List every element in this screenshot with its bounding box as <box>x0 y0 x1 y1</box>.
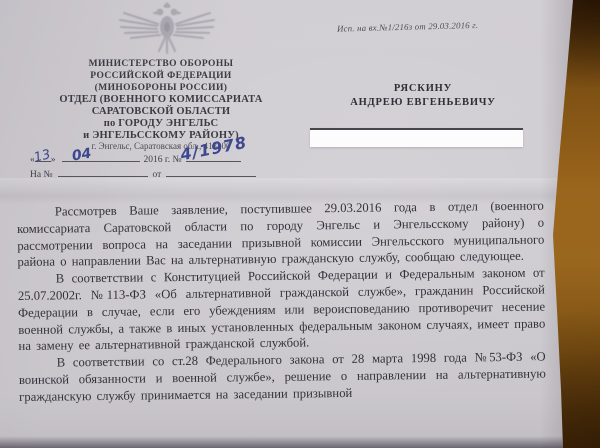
handwritten-month: 04 <box>71 145 93 164</box>
org-address: г. Энгельс, Саратовская обл., 413100 <box>28 141 294 151</box>
letterhead-line: МИНИСТЕРСТВО ОБОРОНЫ <box>28 58 294 70</box>
letterhead-line: по ГОРОДУ ЭНГЕЛЬС <box>28 118 294 130</box>
ref-date-blank <box>166 167 256 177</box>
document-photo: МИНИСТЕРСТВО ОБОРОНЫ РОССИЙСКОЙ ФЕДЕРАЦИ… <box>0 0 600 448</box>
body-paragraph: В соответствии с Конституцией Российской… <box>18 265 546 355</box>
body-paragraph: В соответствии со ст.28 Федерального зак… <box>19 349 547 406</box>
paper-crease <box>0 178 600 204</box>
body-paragraph: Рассмотрев Ваше заявление, поступившее 2… <box>17 198 545 272</box>
executor-note: Исп. на вх.№1/216з от 29.03.2016 г. <box>337 18 537 33</box>
letterhead-line: (МИНОБОРОНЫ РОССИИ) <box>28 82 294 94</box>
paper-bottom-shadow <box>0 436 600 448</box>
year-label: 2016 г. № <box>144 155 182 165</box>
letterhead: МИНИСТЕРСТВО ОБОРОНЫ РОССИЙСКОЙ ФЕДЕРАЦИ… <box>28 58 294 142</box>
ref-no-blank <box>58 167 148 177</box>
redaction-bar <box>310 128 523 147</box>
double-headed-eagle-icon <box>112 2 222 56</box>
letterhead-line: ОТДЕЛ (ВОЕННОГО КОМИССАРИАТА <box>28 94 294 106</box>
letter-body: Рассмотрев Ваше заявление, поступившее 2… <box>17 198 546 406</box>
date-number-line: «»2016 г. № 13 04 4/1978 <box>30 152 300 165</box>
addressee-name-patronymic: АНДРЕЮ ЕВГЕНЬЕВИЧУ <box>330 96 516 110</box>
addressee-surname: РЯСКИНУ <box>330 82 516 96</box>
addressee-block: РЯСКИНУ АНДРЕЮ ЕВГЕНЬЕВИЧУ <box>330 82 516 110</box>
document-paper: МИНИСТЕРСТВО ОБОРОНЫ РОССИЙСКОЙ ФЕДЕРАЦИ… <box>0 0 600 448</box>
handwritten-day: 13 <box>32 147 52 166</box>
letterhead-line: САРАТОВСКОЙ ОБЛАСТИ <box>28 106 294 118</box>
letterhead-line: РОССИЙСКОЙ ФЕДЕРАЦИИ <box>28 70 294 82</box>
